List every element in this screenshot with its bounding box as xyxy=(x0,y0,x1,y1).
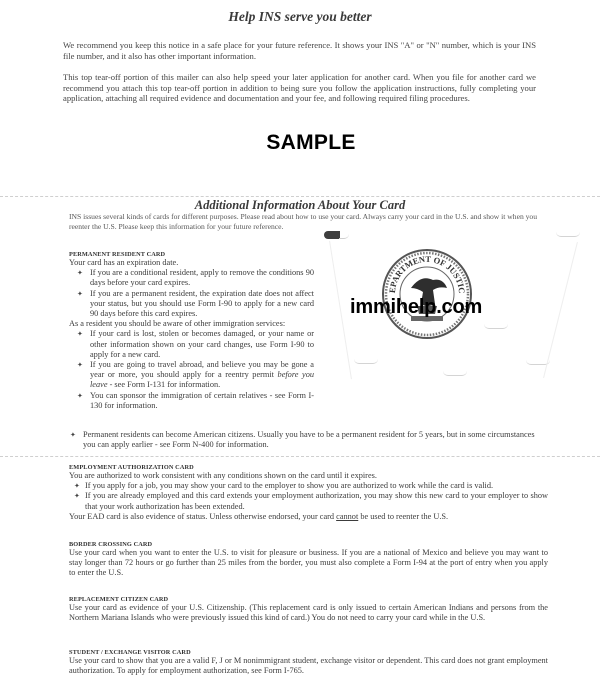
list-item: ✦If you are a conditional resident, appl… xyxy=(69,268,314,288)
card-slot-mark xyxy=(354,357,378,364)
section-lead: You are authorized to work consistent wi… xyxy=(69,471,548,481)
card-outline xyxy=(543,242,578,378)
card-outline xyxy=(329,241,352,379)
section-heading: PERMANENT RESIDENT CARD xyxy=(69,251,314,258)
watermark: immihelp.com xyxy=(350,296,482,319)
section-heading: BORDER CROSSING CARD xyxy=(69,541,548,548)
info-intro: INS issues several kinds of cards for di… xyxy=(69,212,549,233)
top-paragraph-reference: We recommend you keep this notice in a s… xyxy=(63,40,536,61)
section-divider-line xyxy=(0,456,600,457)
top-paragraph-tear-off: This top tear-off portion of this mailer… xyxy=(63,72,536,104)
card-slot-mark xyxy=(556,230,580,237)
list-item: ✦You can sponsor the immigration of cert… xyxy=(69,391,314,411)
bullet-icon: ✦ xyxy=(77,391,83,401)
section-heading: REPLACEMENT CITIZEN CARD xyxy=(69,596,548,603)
student-exchange-section: STUDENT / EXCHANGE VISITOR CARD Use your… xyxy=(69,649,548,676)
list-item: ✦If your card is lost, stolen or becomes… xyxy=(69,329,314,360)
citizen-bullet: ✦Permanent residents can become American… xyxy=(69,430,544,450)
list-item: ✦If you are a permanent resident, the ex… xyxy=(69,289,314,320)
card-slot-mark xyxy=(484,322,508,329)
list-item: ✦If you are going to travel abroad, and … xyxy=(69,360,314,391)
bullet-icon: ✦ xyxy=(74,481,80,491)
bullet-icon: ✦ xyxy=(77,360,83,370)
section-heading: STUDENT / EXCHANGE VISITOR CARD xyxy=(69,649,548,656)
tear-off-line xyxy=(0,196,600,197)
ead-note: Your EAD card is also evidence of status… xyxy=(69,512,548,522)
employment-section: EMPLOYMENT AUTHORIZATION CARD You are au… xyxy=(69,464,548,522)
bullet-icon: ✦ xyxy=(77,329,83,339)
section-text: Use your card to show that you are a val… xyxy=(69,656,548,676)
border-crossing-section: BORDER CROSSING CARD Use your card when … xyxy=(69,541,548,579)
section-lead: Your card has an expiration date. xyxy=(69,258,314,268)
sample-stamp: SAMPLE xyxy=(0,131,600,155)
bullet-icon: ✦ xyxy=(74,491,80,501)
info-section-title: Additional Information About Your Card xyxy=(0,198,600,213)
bullet-icon: ✦ xyxy=(77,268,83,278)
card-slot-tab-edge xyxy=(339,232,349,239)
list-item: ✦If you are already employed and this ca… xyxy=(69,491,548,511)
department-of-justice-seal-icon: DEPARTMENT OF JUSTICE xyxy=(381,248,473,340)
bullet-list: ✦If your card is lost, stolen or becomes… xyxy=(69,329,314,411)
bullet-icon: ✦ xyxy=(77,289,83,299)
list-item: ✦Permanent residents can become American… xyxy=(69,430,544,450)
top-section-title: Help INS serve you better xyxy=(0,9,600,25)
section-heading: EMPLOYMENT AUTHORIZATION CARD xyxy=(69,464,548,471)
section-text: Use your card as evidence of your U.S. C… xyxy=(69,603,548,623)
card-slot-mark xyxy=(443,369,467,376)
permanent-resident-section: PERMANENT RESIDENT CARD Your card has an… xyxy=(69,251,314,411)
replacement-citizen-section: REPLACEMENT CITIZEN CARD Use your card a… xyxy=(69,596,548,623)
list-item: ✦If you apply for a job, you may show yo… xyxy=(69,481,548,491)
aware-text: As a resident you should be aware of oth… xyxy=(69,319,314,329)
card-slot-tab-icon xyxy=(324,231,340,239)
section-text: Use your card when you want to enter the… xyxy=(69,548,548,579)
bullet-list: ✦If you are a conditional resident, appl… xyxy=(69,268,314,319)
bullet-list: ✦If you apply for a job, you may show yo… xyxy=(69,481,548,512)
bullet-icon: ✦ xyxy=(70,430,76,440)
